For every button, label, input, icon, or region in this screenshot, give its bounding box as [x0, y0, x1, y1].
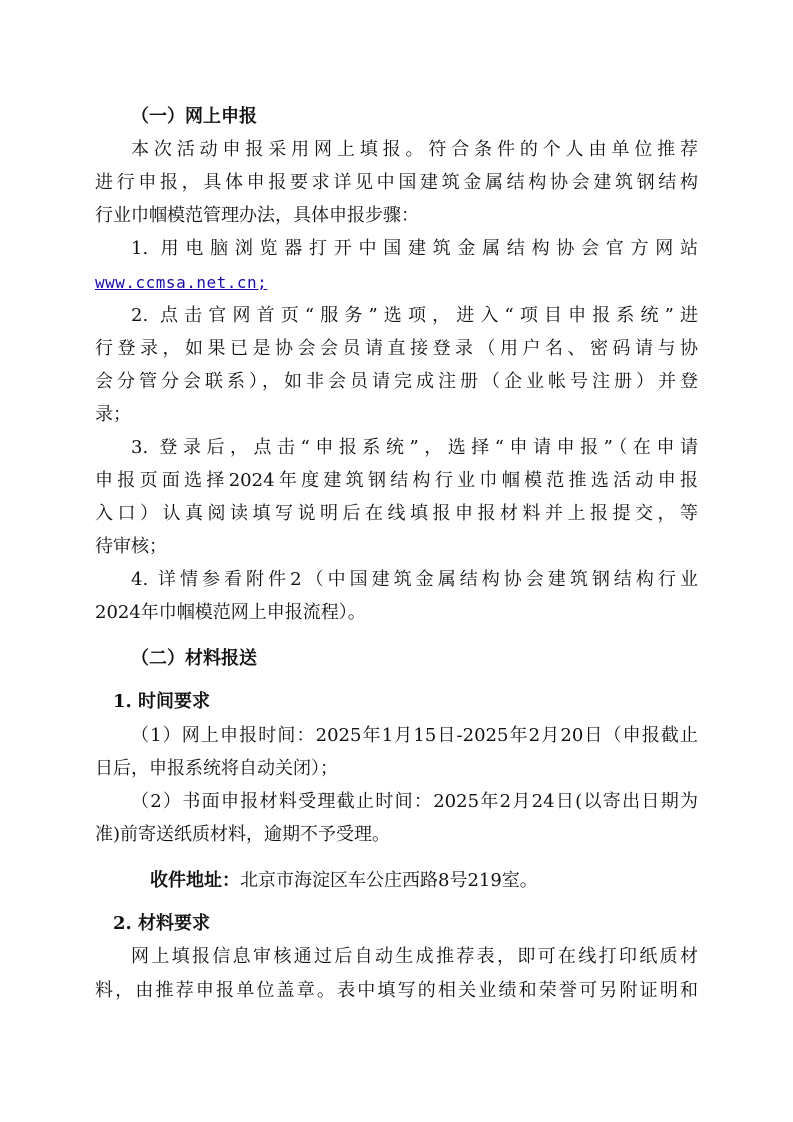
subheading-time-requirements: 1. 时间要求 [113, 691, 716, 713]
subheading-material-requirements: 2. 材料要求 [113, 913, 716, 935]
time-item-2-line: （2）书面申报材料受理截止时间：2025年2月24日(以寄出日期为 [131, 791, 698, 813]
address-label: 收件地址： [150, 870, 240, 891]
step-3-line: 待审核； [95, 536, 698, 558]
step-3-line: 入口）认真阅读填写说明后在线填报申报材料并上报提交，等 [95, 503, 698, 525]
paragraph-line: 进行申报，具体申报要求详见中国建筑金属结构协会建筑钢结构 [95, 172, 698, 194]
step-2-line: 会分管分会联系），如非会员请完成注册（企业帐号注册）并登 [95, 371, 698, 393]
section-heading-online-application: （一）网上申报 [131, 106, 698, 128]
paragraph-line: 行业巾帼模范管理办法，具体申报步骤： [95, 205, 698, 227]
step-4-line: 4. 详情参看附件2（中国建筑金属结构协会建筑钢结构行业 [131, 569, 698, 591]
material-paragraph-line: 网上填报信息审核通过后自动生成推荐表，即可在线打印纸质材 [131, 946, 698, 968]
step-1-line: 1. 用电脑浏览器打开中国建筑金属结构协会官方网站 [131, 238, 698, 260]
step-3-line: 申报页面选择2024年度建筑钢结构行业巾帼模范推选活动申报 [95, 470, 698, 492]
paragraph-line: 本次活动申报采用网上填报。符合条件的个人由单位推荐 [131, 139, 698, 161]
material-paragraph-line: 料，由推荐申报单位盖章。表中填写的相关业绩和荣誉可另附证明和 [95, 980, 698, 1002]
step-2-line: 2. 点击官网首页“服务”选项，进入“项目申报系统”进 [131, 305, 698, 327]
address-value: 北京市海淀区车公庄西路8号219室。 [240, 870, 538, 891]
step-3-line: 3. 登录后，点击“申报系统”，选择“申请申报”（在申请 [131, 437, 698, 459]
step-4-line: 2024年巾帼模范网上申报流程）。 [95, 602, 698, 624]
time-item-1-line: 日后，申报系统将自动关闭）； [95, 758, 698, 780]
mailing-address: 收件地址：北京市海淀区车公庄西路8号219室。 [150, 870, 698, 892]
step-2-line: 行登录，如果已是协会会员请直接登录（用户名、密码请与协 [95, 338, 698, 360]
website-link[interactable]: www.ccmsa.net.cn; [95, 272, 698, 294]
step-2-line: 录； [95, 404, 698, 426]
time-item-2-line: 准)前寄送纸质材料，逾期不予受理。 [95, 824, 698, 846]
time-item-1-line: （1）网上申报时间：2025年1月15日-2025年2月20日（申报截止 [131, 725, 698, 747]
section-heading-material-submission: （二）材料报送 [131, 648, 698, 670]
